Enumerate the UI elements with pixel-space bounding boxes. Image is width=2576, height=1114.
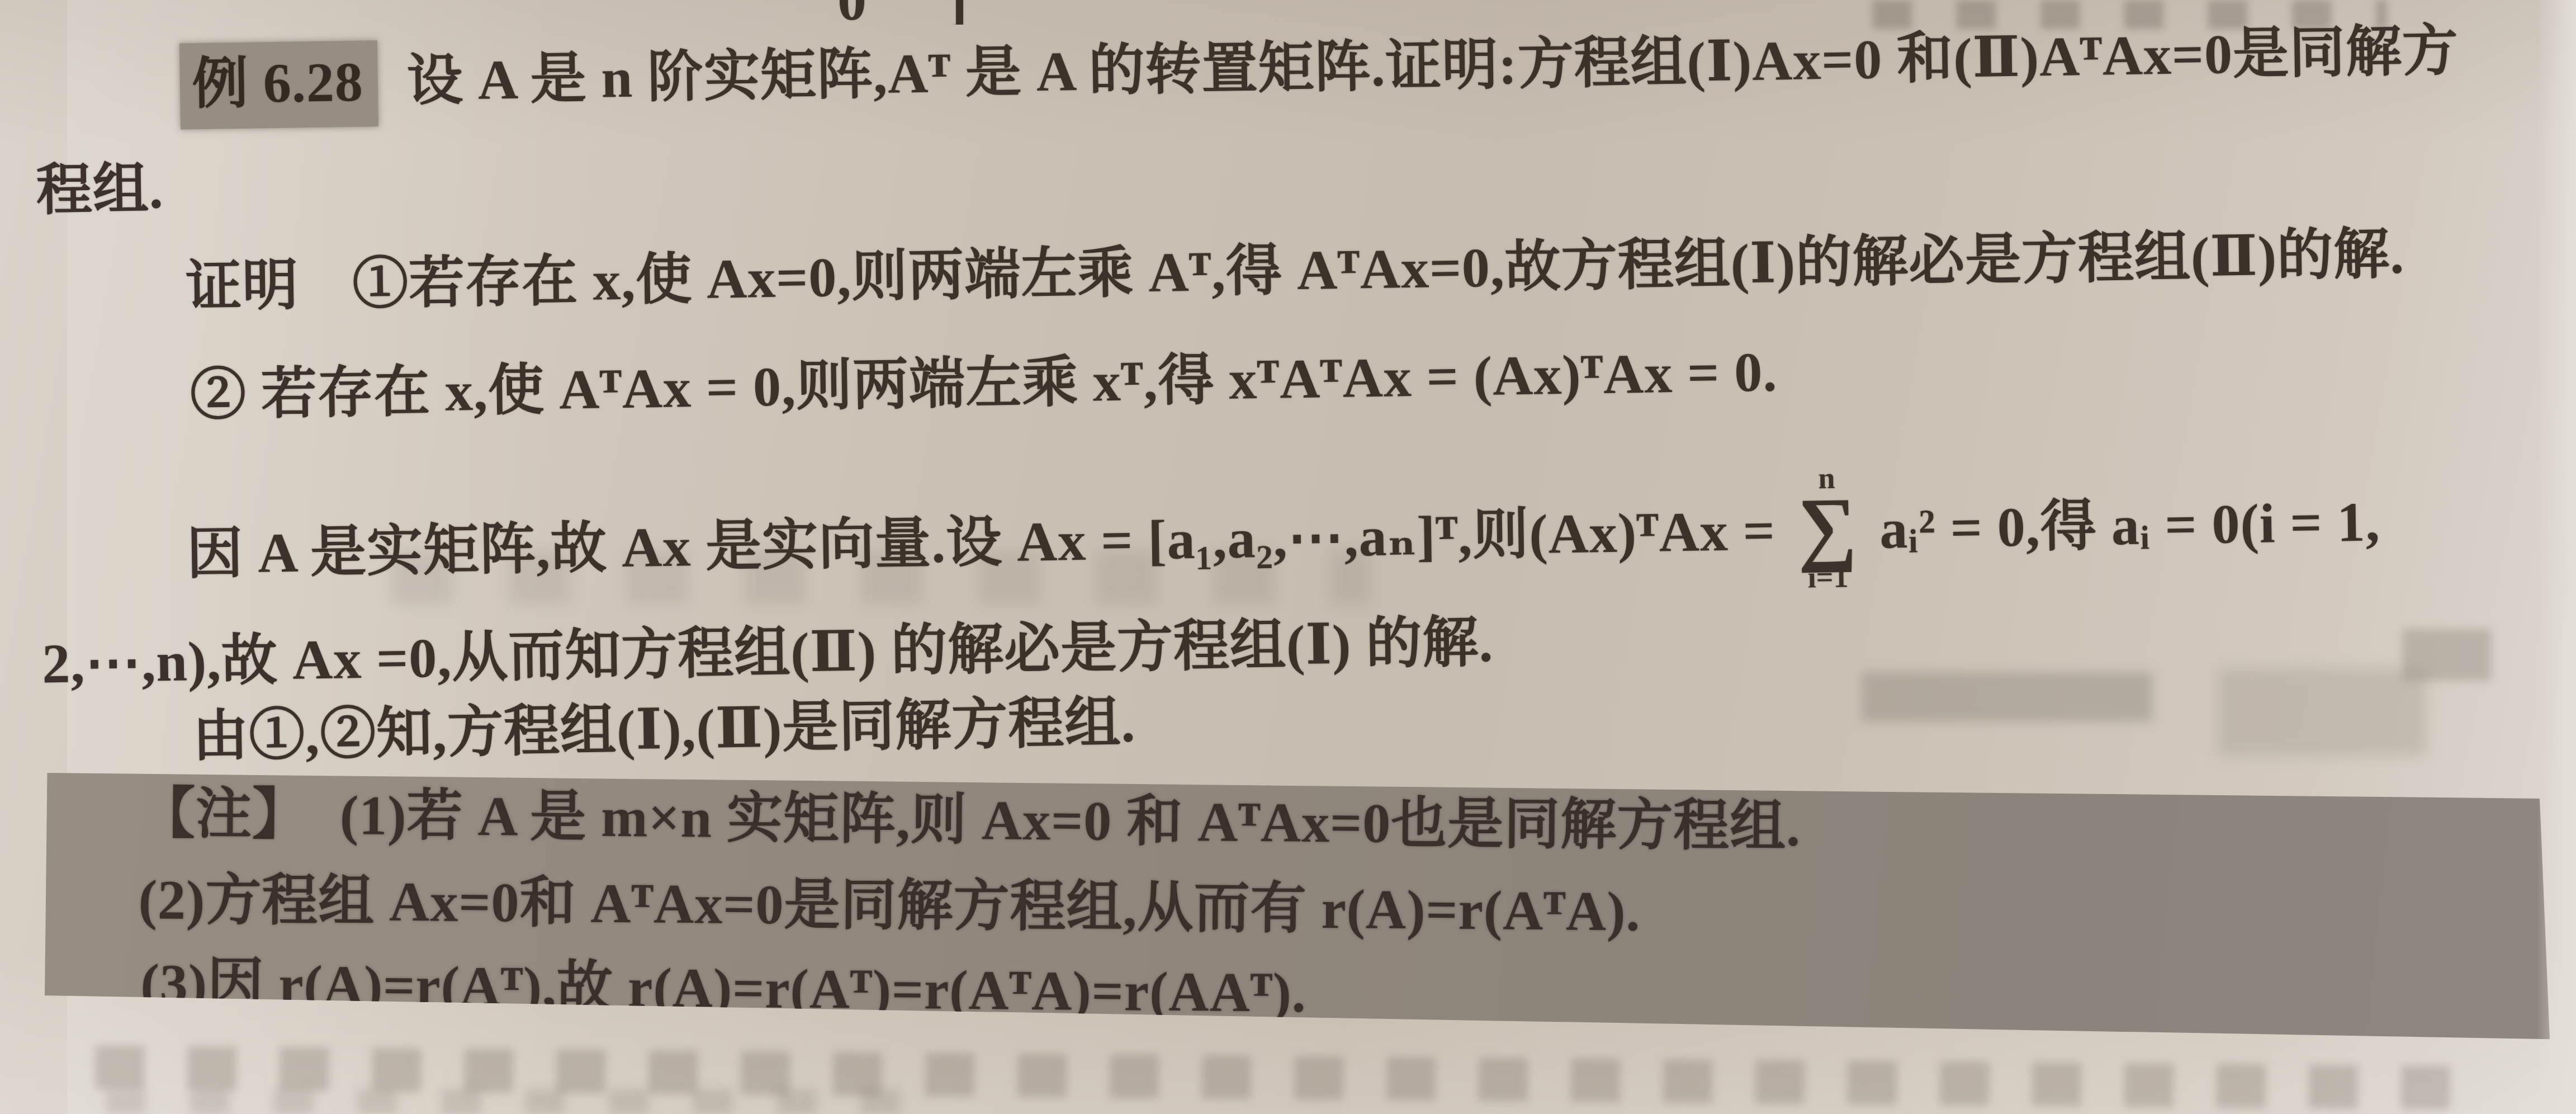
paragraph-before-sum: 因 A 是实矩阵,故 Ax 是实向量.设 Ax = [a₁,a₂,⋯,aₙ]ᵀ,… (186, 499, 1790, 586)
proof-step-2: ② 若存在 x,使 AᵀAx = 0,则两端左乘 xᵀ,得 xᵀAᵀAx = (… (190, 335, 1778, 432)
proof-heading: 证明 (185, 254, 299, 318)
note-label: 【注】 (139, 782, 309, 846)
summation-symbol: n∑i=1 (1797, 464, 1858, 592)
textbook-page-photo: 0 ] 例 6.28设 A 是 n 阶实矩阵,Aᵀ 是 A 的转置矩阵.证明:方… (0, 0, 2576, 1114)
proof-step-1-text: ①若存在 x,使 Ax=0,则两端左乘 Aᵀ,得 AᵀAx=0,故方程组(Ⅰ)的… (352, 223, 2404, 315)
note-item-2: (2)方程组 Ax=0和 AᵀAx=0是同解方程组,从而有 r(A)=r(AᵀA… (138, 863, 1641, 948)
sigma-glyph: ∑ (1797, 492, 1858, 563)
example-statement-line-2: 程组. (36, 152, 164, 228)
sum-lower-limit: i=1 (1807, 563, 1849, 592)
example-statement-text: 设 A 是 n 阶实矩阵,Aᵀ 是 A 的转置矩阵.证明:方程组(Ⅰ)Ax=0 … (406, 20, 2459, 112)
paragraph-after-sum: aᵢ² = 0,得 aᵢ = 0(i = 1, (1864, 490, 2380, 560)
proof-conclusion: 由①,②知,方程组(Ⅰ),(Ⅱ)是同解方程组. (192, 686, 1136, 773)
proof-paragraph-sum-line: 因 A 是实矩阵,故 Ax 是实向量.设 Ax = [a₁,a₂,⋯,aₙ]ᵀ,… (186, 464, 2381, 624)
proof-step-1: 证明 ①若存在 x,使 Ax=0,则两端左乘 Aᵀ,得 AᵀAx=0,故方程组(… (185, 218, 2405, 324)
note-item-1-text: (1)若 A 是 m×n 实矩阵,则 Ax=0 和 AᵀAx=0也是同解方程组. (339, 784, 1801, 858)
example-statement-line-1: 例 6.28设 A 是 n 阶实矩阵,Aᵀ 是 A 的转置矩阵.证明:方程组(Ⅰ… (179, 10, 2459, 129)
example-number-label: 例 6.28 (179, 40, 378, 129)
note-item-1: 【注】 (1)若 A 是 m×n 实矩阵,则 Ax=0 和 AᵀAx=0也是同解… (139, 777, 1801, 863)
